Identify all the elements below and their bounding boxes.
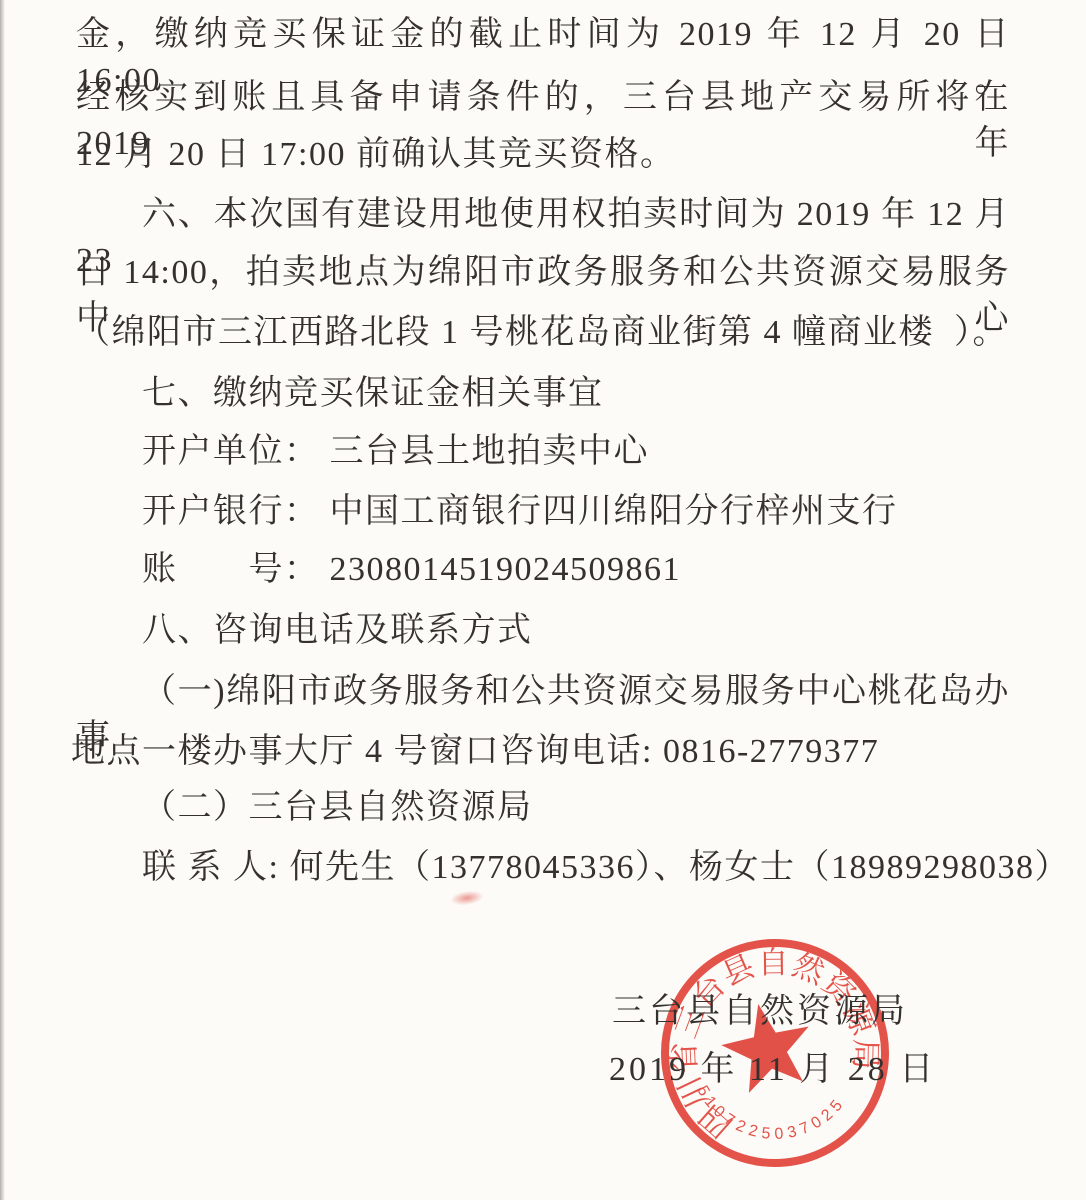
document-line: 七、缴纳竞买保证金相关事宜 xyxy=(142,371,604,417)
document-line: 账 号： 2308014519024509861 xyxy=(142,547,681,593)
document-line: 12 月 20 日 17:00 前确认其竞买资格。 xyxy=(76,132,675,178)
document-line: 开户银行： 中国工商银行四川绵阳分行梓州支行 xyxy=(142,489,898,535)
document-line: 开户单位： 三台县土地拍卖中心 xyxy=(142,429,649,475)
document-line: （二）三台县自然资源局 xyxy=(142,785,533,831)
document-line: （绵阳市三江西路北段 1 号桃花岛商业街第 4 幢商业楼 ）。 xyxy=(76,310,1008,356)
document-line: 八、咨询电话及联系方式 xyxy=(142,608,533,654)
scanned-document-page: 金，缴纳竞买保证金的截止时间为 2019 年 12 月 20 日 16:00。 … xyxy=(0,0,1086,1200)
signature-date: 2019 年 11 月 28 日 xyxy=(609,1047,936,1093)
document-line: 联 系 人: 何先生（13778045336）、杨女士（18989298038） xyxy=(142,845,1070,891)
document-body: 金，缴纳竞买保证金的截止时间为 2019 年 12 月 20 日 16:00。 … xyxy=(0,0,1086,1200)
signature-organization: 三台县自然资源局 xyxy=(612,989,908,1035)
document-line: 地点一楼办事大厅 4 号窗口咨询电话: 0816-2779377 xyxy=(71,729,879,775)
